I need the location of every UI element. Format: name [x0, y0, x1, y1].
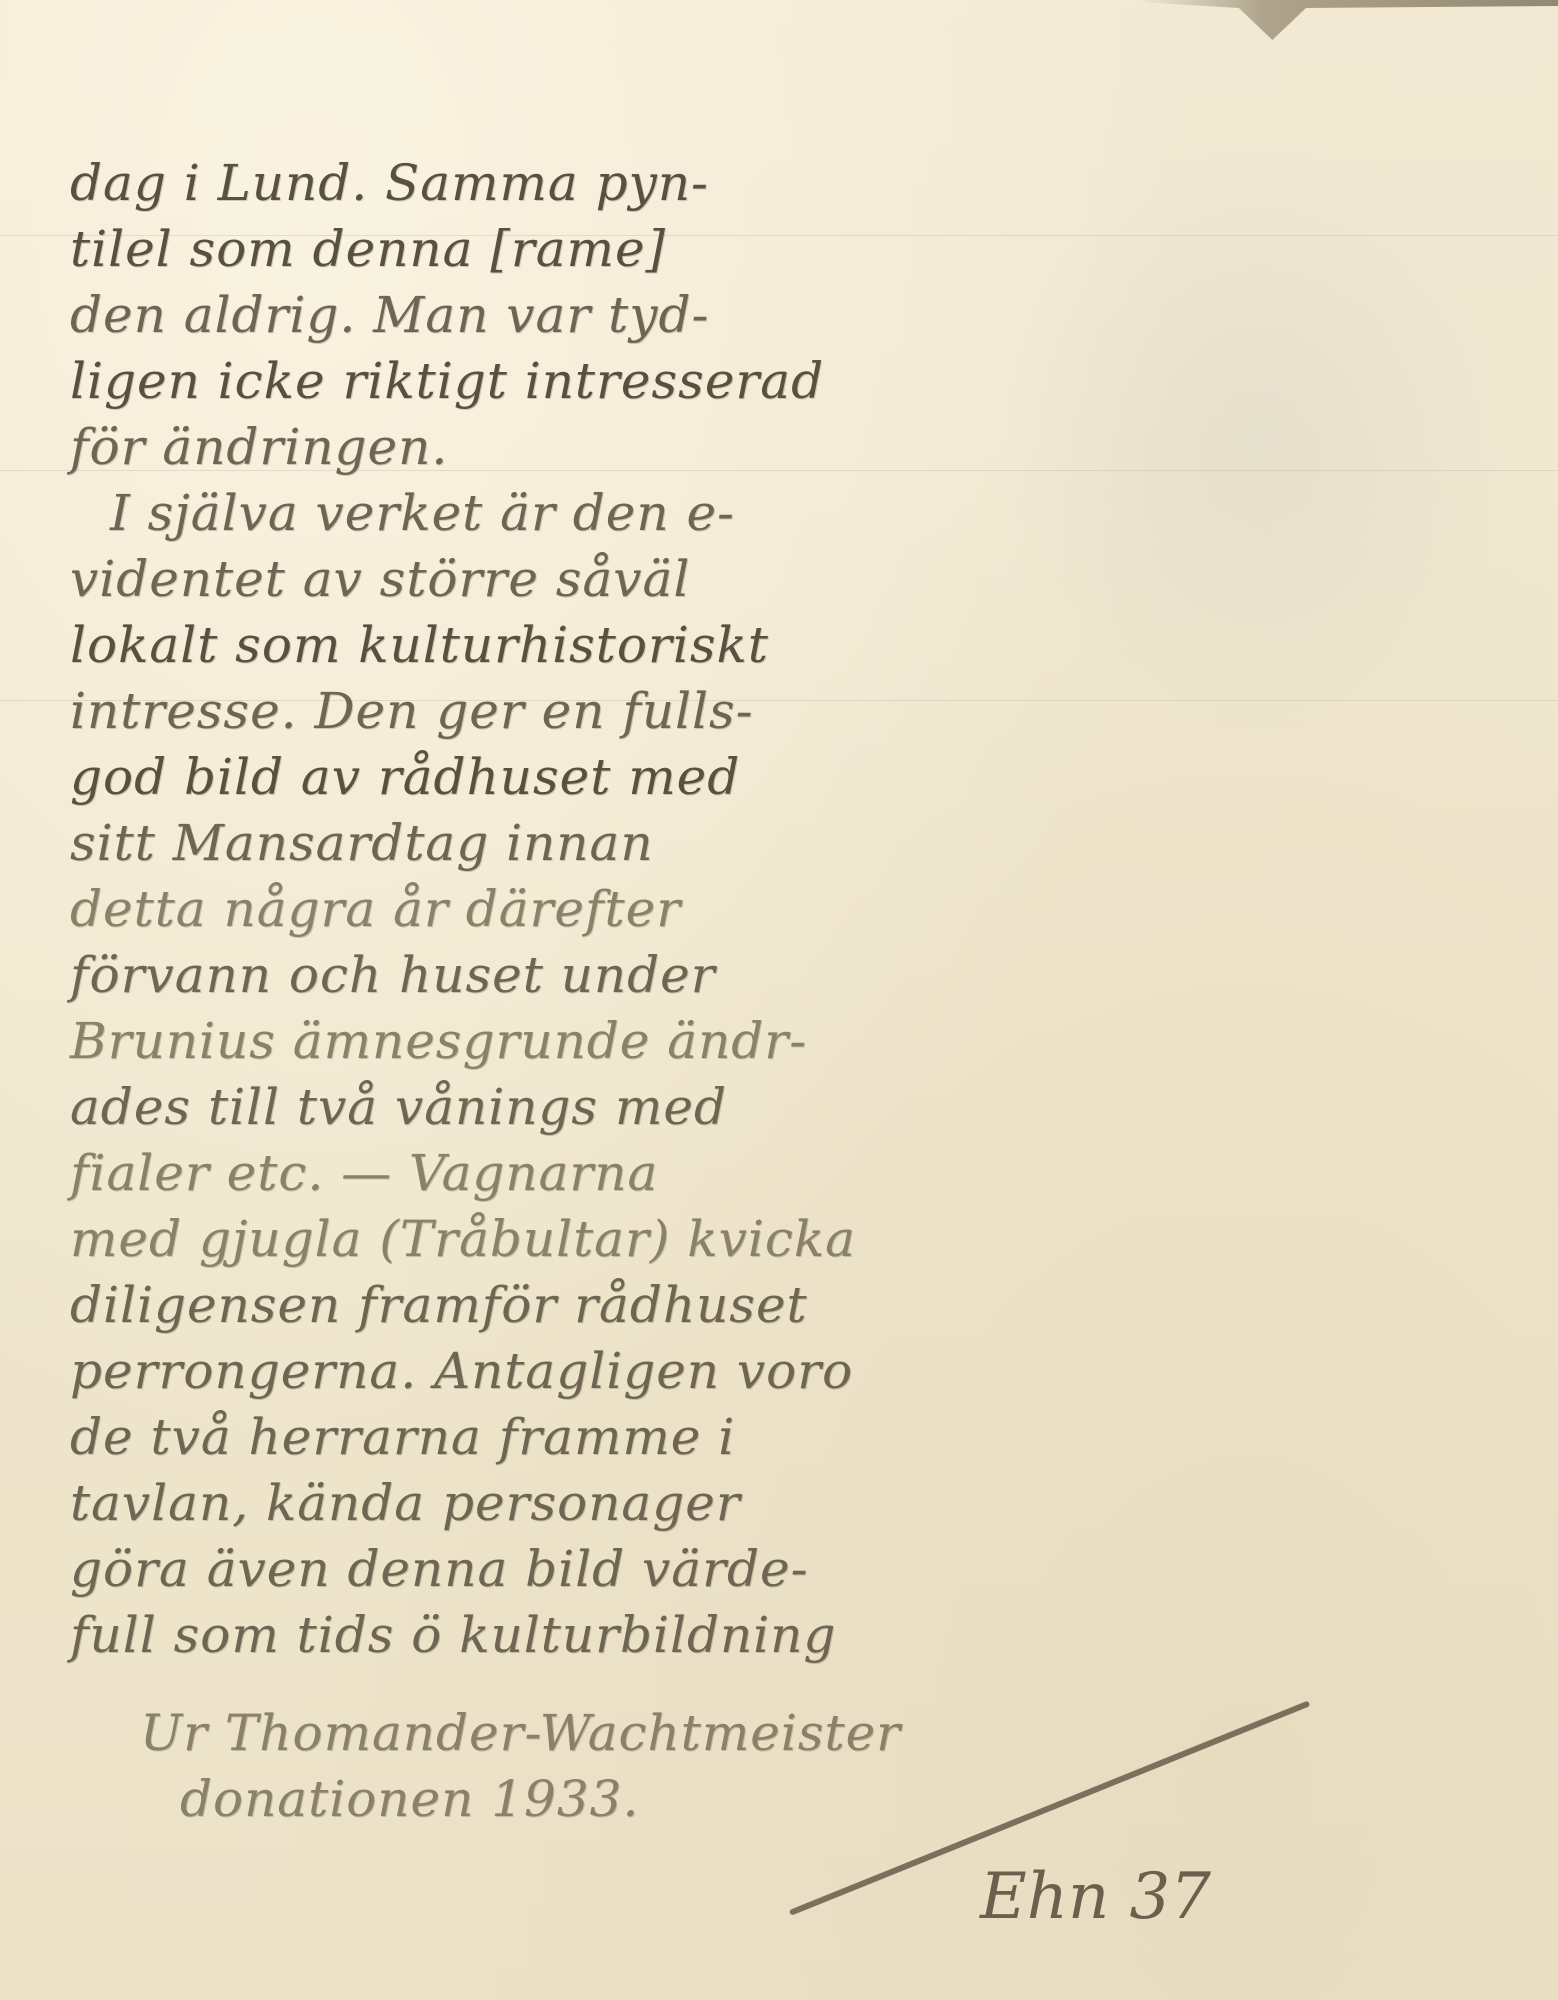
body-line: sitt Mansardtag innan: [70, 810, 1520, 876]
body-line: perrongerna. Antagligen voro: [70, 1338, 1520, 1404]
body-line: diligensen framför rådhuset: [70, 1272, 1520, 1338]
body-line: ades till två vånings med: [70, 1074, 1520, 1140]
body-line: intresse. Den ger en fulls-: [70, 678, 1520, 744]
body-line: Brunius ämnesgrunde ändr-: [70, 1008, 1520, 1074]
provenance-line: Ur Thomander-Wachtmeister: [140, 1700, 1520, 1766]
body-line: tilel som denna [rame]: [70, 216, 1520, 282]
body-line: göra även denna bild värde-: [70, 1536, 1520, 1602]
letter-body: dag i Lund. Samma pyn- tilel som denna […: [70, 150, 1520, 1668]
body-line: I själva verket är den e-: [70, 480, 1520, 546]
letter-paper: dag i Lund. Samma pyn- tilel som denna […: [0, 0, 1558, 2000]
body-line: ligen icke riktigt intresserad: [70, 348, 1520, 414]
body-line: för ändringen.: [70, 414, 1520, 480]
body-line: videntet av större såväl: [70, 546, 1520, 612]
body-line: tavlan, kända personager: [70, 1470, 1520, 1536]
body-line: god bild av rådhuset med: [70, 744, 1520, 810]
body-line: förvann och huset under: [70, 942, 1520, 1008]
body-line: detta några år därefter: [70, 876, 1520, 942]
body-line: lokalt som kulturhistoriskt: [70, 612, 1520, 678]
body-line: fialer etc. — Vagnarna: [70, 1140, 1520, 1206]
closing-note: Ur Thomander-Wachtmeister donationen 193…: [140, 1700, 1520, 1832]
body-line: den aldrig. Man var tyd-: [70, 282, 1520, 348]
body-line: full som tids ö kulturbildning: [70, 1602, 1520, 1668]
date-line: donationen 1933.: [140, 1766, 1520, 1832]
torn-corner: [1138, 0, 1558, 40]
body-line: de två herrarna framme i: [70, 1404, 1520, 1470]
signature-text: Ehn 37: [980, 1860, 1211, 1934]
body-line: med gjugla (Tråbultar) kvicka: [70, 1206, 1520, 1272]
body-line: dag i Lund. Samma pyn-: [70, 150, 1520, 216]
signature: Ehn 37: [780, 1830, 1400, 1980]
